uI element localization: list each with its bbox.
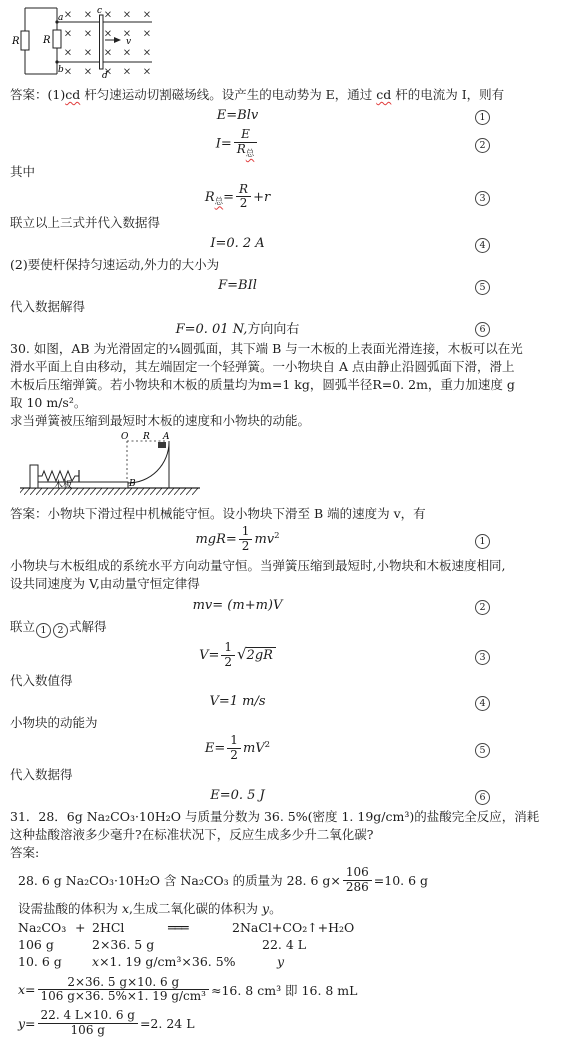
point-A-label: A bbox=[162, 432, 170, 442]
misspelled-cd: cd bbox=[376, 87, 391, 102]
wall bbox=[30, 465, 38, 488]
p30-line: 滑水平面上自由移动，其左端固定一个轻弹簧。一小物块自 A 点由静止沿圆弧面下滑，… bbox=[10, 358, 585, 376]
equation-number: 6 bbox=[475, 790, 490, 805]
svg-text:×: × bbox=[84, 29, 92, 40]
p30-line: 30. 如图，AB 为光滑固定的¼圆弧面，其下端 B 与一木板的上表面光滑连接，… bbox=[10, 340, 585, 358]
svg-text:×: × bbox=[64, 10, 72, 21]
p30-para-line: 小物块与木板组成的系统水平方向动量守恒。当弹簧压缩到最短时,小物块和木板速度相同… bbox=[10, 557, 585, 575]
fraction: 106286 bbox=[343, 866, 372, 895]
equation-number: 5 bbox=[475, 743, 490, 758]
resistor-right-label: R bbox=[42, 35, 51, 46]
mechanics-diagram: 木板 O R A B bbox=[0, 432, 320, 502]
fraction: 12 bbox=[221, 641, 235, 670]
radicand: 2gR bbox=[246, 647, 276, 663]
equation-Ek: E=12mV2 5 bbox=[0, 734, 585, 763]
p29-dairu: 代入数据解得 bbox=[0, 298, 585, 315]
equation-ref-1: 1 bbox=[36, 623, 51, 638]
p29-lianli: 联立以上三式并代入数据得 bbox=[0, 214, 585, 231]
equation-number: 6 bbox=[475, 322, 490, 337]
p30-dairu1: 代入数值得 bbox=[0, 672, 585, 689]
unknown-volume: y bbox=[232, 953, 585, 970]
document: ××××× ××××× ××××× ××××× R R a b c d v 答案… bbox=[0, 0, 585, 1043]
reactant-1: Na₂CO₃ bbox=[18, 919, 75, 936]
svg-text:×: × bbox=[84, 10, 92, 21]
svg-text:×: × bbox=[143, 67, 151, 78]
radius-R-label: R bbox=[142, 432, 150, 442]
equation-number: 1 bbox=[475, 110, 490, 125]
p30-line: 木板后压缩弹簧。若小物块和木板的质量均为m=1 kg，圆弧半径R=0. 2m，重… bbox=[10, 376, 585, 394]
p30-statement: 30. 如图，AB 为光滑固定的¼圆弧面，其下端 B 与一木板的上表面光滑连接，… bbox=[0, 340, 585, 430]
equation-momentum: mv= (m+m)V 2 bbox=[0, 596, 585, 615]
board bbox=[38, 482, 128, 488]
y-equation: y=22. 4 L×10. 6 g106 g=2. 24 L bbox=[0, 1009, 585, 1038]
node-c-label: c bbox=[97, 6, 102, 16]
fraction: 2×36. 5 g×10. 6 g106 g×36. 5%×1. 19 g/cm… bbox=[38, 976, 209, 1005]
equation-number: 4 bbox=[475, 238, 490, 253]
plus-sign: + bbox=[75, 919, 92, 936]
misspelled-cd: cd bbox=[65, 87, 80, 102]
svg-text:×: × bbox=[123, 48, 131, 59]
p30-momentum-paragraph: 小物块与木板组成的系统水平方向动量守恒。当弹簧压缩到最短时,小物块和木板速度相同… bbox=[0, 557, 585, 593]
equation-I-value: I=0. 2 A 4 bbox=[0, 234, 585, 253]
molar-mass-1: 106 g bbox=[18, 936, 75, 953]
equation-number: 2 bbox=[475, 138, 490, 153]
fraction: 22. 4 L×10. 6 g106 g bbox=[38, 1009, 138, 1038]
fraction: 12 bbox=[239, 525, 253, 554]
spring bbox=[38, 471, 79, 481]
equation-number: 4 bbox=[475, 696, 490, 711]
magnetic-field-crosses: ××××× ××××× ××××× ××××× bbox=[64, 10, 151, 78]
equation-R-total: R总=R2+r 3 bbox=[0, 183, 585, 212]
actual-mass-1: 10. 6 g bbox=[18, 953, 75, 970]
svg-text:×: × bbox=[104, 10, 112, 21]
svg-text:×: × bbox=[64, 67, 72, 78]
products: 2NaCl+CO₂↑+H₂O bbox=[232, 919, 585, 936]
svg-text:×: × bbox=[143, 10, 151, 21]
equation-E-value: E=0. 5 J 6 bbox=[0, 786, 585, 805]
p29-part2: (2)要使杆保持匀速运动,外力的大小为 bbox=[0, 256, 585, 273]
node-b-dot bbox=[55, 60, 58, 63]
svg-text:×: × bbox=[104, 48, 112, 59]
equation-number: 2 bbox=[475, 600, 490, 615]
p29-qizhong: 其中 bbox=[0, 163, 585, 180]
equation-V-value: V=1 m/s 4 bbox=[0, 692, 585, 711]
p30-line: 取 10 m/s²。 bbox=[10, 394, 585, 412]
resistor-left-label: R bbox=[11, 36, 20, 47]
equation-I-E-over-R: I=ER总 2 bbox=[0, 128, 585, 160]
p30-answer-intro: 答案：小物块下滑过程中机械能守恒。设小物块下滑至 B 端的速度为 v，有 bbox=[0, 505, 585, 522]
reactant-2: 2HCl bbox=[92, 919, 168, 936]
equation-number: 3 bbox=[475, 191, 490, 206]
node-b-label: b bbox=[58, 65, 64, 75]
sliding-rod-cd bbox=[100, 15, 104, 69]
velocity-label: v bbox=[126, 37, 131, 47]
block bbox=[158, 442, 166, 448]
svg-text:×: × bbox=[143, 29, 151, 40]
svg-text:×: × bbox=[143, 48, 151, 59]
equation-number: 3 bbox=[475, 650, 490, 665]
fraction: R2 bbox=[236, 183, 251, 212]
p31-line: 这种盐酸溶液多少毫升?在标准状况下，反应生成多少升二氧化碳? bbox=[10, 826, 585, 844]
outer-circuit-loop bbox=[25, 8, 57, 74]
actual-mass-2: x×1. 19 g/cm³×36. 5% bbox=[92, 953, 168, 970]
svg-text:×: × bbox=[84, 48, 92, 59]
equation-ref-2: 2 bbox=[53, 623, 68, 638]
svg-text:×: × bbox=[104, 29, 112, 40]
equation-number: 5 bbox=[475, 280, 490, 295]
svg-text:×: × bbox=[123, 10, 131, 21]
p31-line: 31．28．6g Na₂CO₃·10H₂O 与质量分数为 36. 5%(密度 1… bbox=[10, 808, 585, 826]
point-B-label: B bbox=[128, 479, 136, 489]
equation-E-Blv: E=Blv 1 bbox=[0, 106, 585, 125]
equation-mgR: mgR=12mv2 1 bbox=[0, 525, 585, 554]
molar-mass-2: 2×36. 5 g bbox=[92, 936, 168, 953]
quarter-circle-track bbox=[128, 442, 169, 483]
p30-dairu2: 代入数据得 bbox=[0, 766, 585, 783]
fraction: 12 bbox=[227, 734, 241, 763]
equation-F-value: F=0. 01 N,方向向右 6 bbox=[0, 318, 585, 337]
resistor-right bbox=[53, 30, 61, 48]
ground-hatching bbox=[20, 489, 198, 496]
p30-para-line: 设共同速度为 V,由动量守恒定律得 bbox=[10, 575, 585, 593]
svg-text:×: × bbox=[64, 48, 72, 59]
node-a-label: a bbox=[58, 13, 63, 23]
p30-line: 求当弹簧被压缩到最短时木板的速度和小物块的动能。 bbox=[10, 412, 585, 430]
p31-assume-line: 设需盐酸的体积为 x,生成二氧化碳的体积为 y。 bbox=[0, 900, 585, 917]
p29-answer-intro: 答案：(1)cd 杆匀速运动切割磁场线。设产生的电动势为 E，通过 cd 杆的电… bbox=[0, 86, 585, 103]
svg-text:×: × bbox=[64, 29, 72, 40]
equation-V-sqrt: V=12√2gR 3 bbox=[0, 641, 585, 670]
equation-number: 1 bbox=[475, 534, 490, 549]
reaction-table: Na₂CO₃ + 2HCl ═══ 2NaCl+CO₂↑+H₂O 106 g 2… bbox=[0, 919, 585, 970]
double-equals: ═══ bbox=[168, 919, 232, 936]
p31-mass-line: 28. 6 g Na₂CO₃·10H₂O 含 Na₂CO₃ 的质量为 28. 6… bbox=[0, 866, 585, 895]
board-label: 木板 bbox=[54, 479, 72, 491]
circuit-diagram: ××××× ××××× ××××× ××××× R R a b c d v bbox=[0, 0, 300, 86]
center-O-label: O bbox=[121, 432, 129, 442]
node-d-label: d bbox=[102, 71, 108, 81]
p31-answer-label: 答案: bbox=[0, 844, 585, 861]
molar-volume: 22. 4 L bbox=[232, 936, 585, 953]
svg-text:×: × bbox=[123, 67, 131, 78]
p31-statement: 31．28．6g Na₂CO₃·10H₂O 与质量分数为 36. 5%(密度 1… bbox=[0, 808, 585, 844]
p30-kinetic-intro: 小物块的动能为 bbox=[0, 714, 585, 731]
svg-text:×: × bbox=[84, 67, 92, 78]
x-equation: x=2×36. 5 g×10. 6 g106 g×36. 5%×1. 19 g/… bbox=[0, 976, 585, 1005]
equation-F-BIl: F=BIl 5 bbox=[0, 276, 585, 295]
fraction: ER总 bbox=[234, 128, 258, 160]
p30-lianli: 联立12式解得 bbox=[0, 618, 585, 638]
resistor-left bbox=[21, 31, 29, 50]
